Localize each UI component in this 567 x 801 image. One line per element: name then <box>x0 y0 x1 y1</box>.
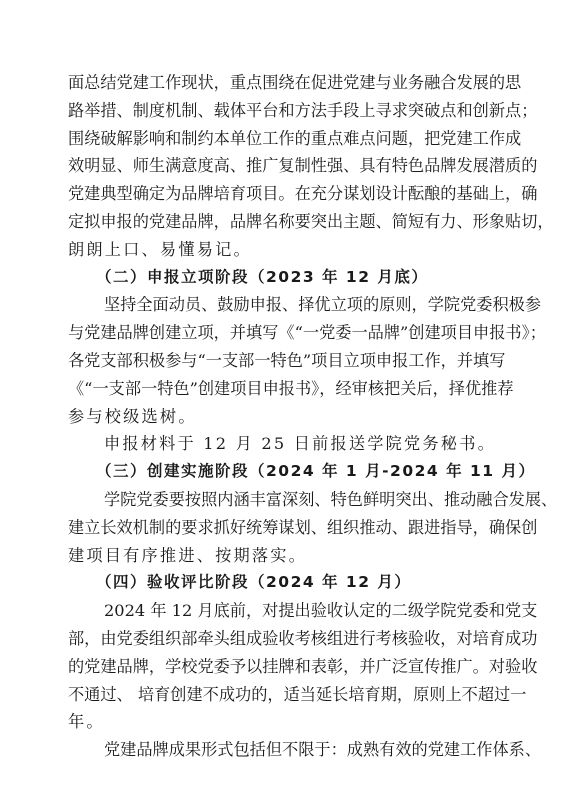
paragraph-line: 围绕破解影响和制约本单位工作的重点难点问题，把党建工作成 <box>68 125 500 153</box>
paragraph-line: 党建典型确定为品牌培育项目。在充分谋划设计酝酿的基础上，确 <box>68 180 500 208</box>
section-heading-3: （三）创建实施阶段（2024 年 1 月-2024 年 11 月） <box>68 458 500 486</box>
paragraph-line: 的党建品牌，学校党委予以挂牌和表彰，并广泛宣传推广。对验收 <box>68 653 500 681</box>
paragraph-line: 路举措、制度机制、载体平台和方法手段上寻求突破点和创新点； <box>68 97 500 125</box>
paragraph-line: 年。 <box>68 708 500 736</box>
paragraph-line: 申报材料于 12 月 25 日前报送学院党务秘书。 <box>68 430 500 458</box>
paragraph-line: 面总结党建工作现状，重点围绕在促进党建与业务融合发展的思 <box>68 69 500 97</box>
paragraph-line: 定拟申报的党建品牌，品牌名称要突出主题、简短有力、形象贴切， <box>68 208 500 236</box>
document-page: 面总结党建工作现状，重点围绕在促进党建与业务融合发展的思 路举措、制度机制、载体… <box>68 69 500 764</box>
paragraph-line: 坚持全面动员、鼓励申报、择优立项的原则，学院党委积极参 <box>68 291 500 319</box>
section-heading-4: （四）验收评比阶段（2024 年 12 月） <box>68 569 500 597</box>
paragraph-line: 不通过、 培育创建不成功的，适当延长培育期，原则上不超过一 <box>68 681 500 709</box>
paragraph-line: 各党支部积极参与“一支部一特色”项目立项申报工作，并填写 <box>68 347 500 375</box>
paragraph-line: 《“一支部一特色”创建项目申报书》，经审核把关后，择优推荐 <box>68 375 500 403</box>
paragraph-line: 效明显、师生满意度高、推广复制性强、具有特色品牌发展潜质的 <box>68 152 500 180</box>
paragraph-line: 建立长效机制的要求抓好统筹谋划、组织推动、跟进指导，确保创 <box>68 514 500 542</box>
paragraph-line: 部，由党委组织部牵头组成验收考核组进行考核验收，对培育成功 <box>68 625 500 653</box>
paragraph-line: 参与校级选树。 <box>68 403 500 431</box>
section-heading-2: （二）申报立项阶段（2023 年 12 月底） <box>68 264 500 292</box>
paragraph-line: 学院党委要按照内涵丰富深刻、特色鲜明突出、推动融合发展、 <box>68 486 500 514</box>
paragraph-line: 建项目有序推进、按期落实。 <box>68 542 500 570</box>
paragraph-line: 与党建品牌创建立项，并填写《“一党委一品牌”创建项目申报书》； <box>68 319 500 347</box>
paragraph-line: 2024 年 12 月底前，对提出验收认定的二级学院党委和党支 <box>68 597 500 625</box>
paragraph-line: 朗朗上口、易懂易记。 <box>68 236 500 264</box>
paragraph-line: 党建品牌成果形式包括但不限于：成熟有效的党建工作体系、 <box>68 736 500 764</box>
